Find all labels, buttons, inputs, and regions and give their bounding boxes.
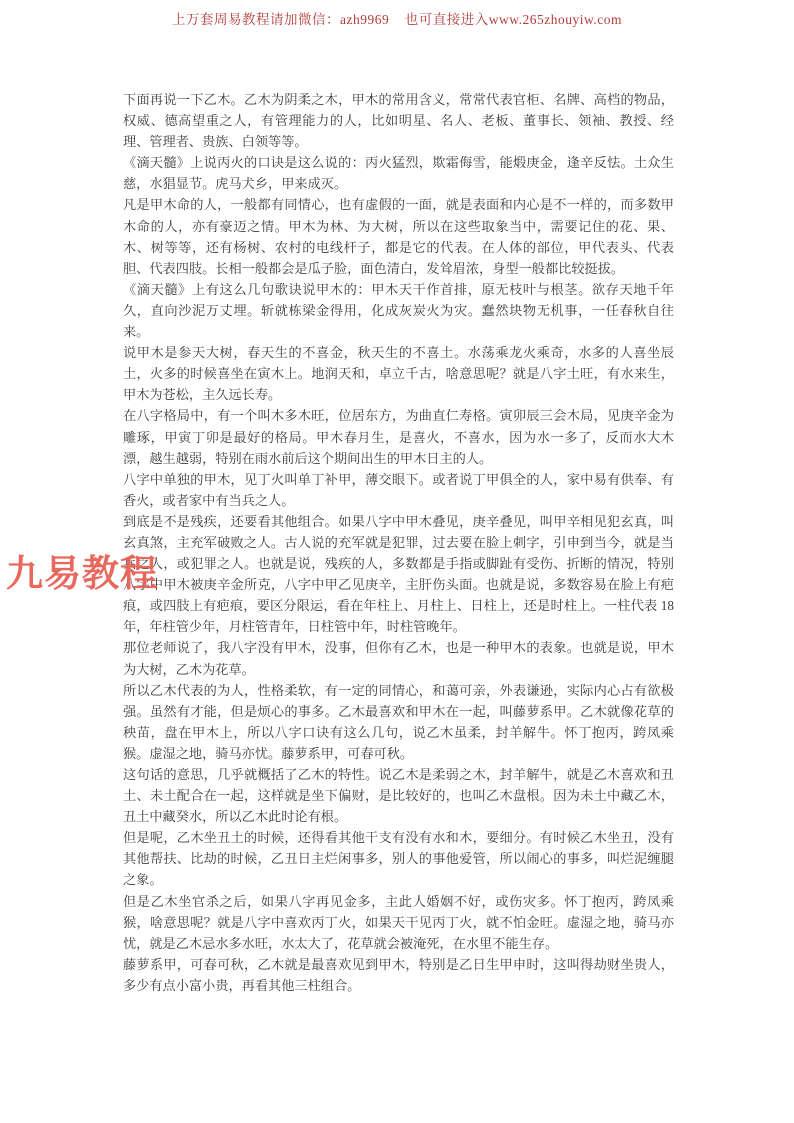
paragraph: 凡是甲木命的人，一般都有同情心，也有虚假的一面，就是表面和内心是不一样的，而多数… — [123, 194, 674, 278]
paragraph: 藤萝系甲，可春可秋，乙木就是最喜欢见到甲木，特别是乙日生甲申时，这叫得劫财坐贵人… — [123, 954, 674, 996]
paragraph: 这句话的意思，几乎就概括了乙木的特性。说乙木是柔弱之木，封羊解牛，就是乙木喜欢和… — [123, 764, 674, 827]
paragraph: 《滴天髓》上说丙火的口诀是这么说的：丙火猛烈，欺霜侮雪，能煅庚金，逢辛反怯。土众… — [123, 152, 674, 194]
paragraph: 但是呢，乙木坐丑土的时候，还得看其他干支有没有水和木，要细分。有时候乙木坐丑，没… — [123, 827, 674, 890]
document-page: 上万套周易教程请加微信：azh9969 也可直接进入www.265zhouyiw… — [0, 0, 794, 1123]
paragraph: 在八字格局中，有一个叫木多木旺，位居东方，为曲直仁寿格。寅卯辰三会木局，见庚辛金… — [123, 405, 674, 468]
paragraph: 下面再说一下乙木。乙木为阴柔之木，甲木的常用含义，常常代表官柜、名牌、高档的物品… — [123, 89, 674, 152]
header-promo-notice: 上万套周易教程请加微信：azh9969 也可直接进入www.265zhouyiw… — [0, 8, 794, 28]
paragraph: 八字中单独的甲木，见丁火叫单丁补甲，薄交眼下。或者说丁甲俱全的人，家中易有供奉、… — [123, 469, 674, 511]
paragraph: 到底是不是残疾，还要看其他组合。如果八字中甲木叠见，庚辛叠见，叫甲辛相见犯玄真，… — [123, 511, 674, 638]
paragraph: 那位老师说了，我八字没有甲木，没事，但你有乙木，也是一种甲木的表象。也就是说，甲… — [123, 637, 674, 679]
document-body: 下面再说一下乙木。乙木为阴柔之木，甲木的常用含义，常常代表官柜、名牌、高档的物品… — [123, 89, 674, 996]
paragraph: 说甲木是参天大树，春天生的不喜金，秋天生的不喜土。水荡乘龙火乘奇，水多的人喜坐辰… — [123, 342, 674, 405]
paragraph: 但是乙木坐官杀之后，如果八字再见金多，主此人婚姻不好，或伤灾多。怀丁抱丙，跨凤乘… — [123, 891, 674, 954]
paragraph: 《滴天髓》上有这么几句歌诀说甲木的：甲木天干作首排，原无枝叶与根茎。欲存天地千年… — [123, 279, 674, 342]
paragraph: 所以乙木代表的为人，性格柔软，有一定的同情心，和蔼可亲，外表谦逊，实际内心占有欲… — [123, 680, 674, 764]
